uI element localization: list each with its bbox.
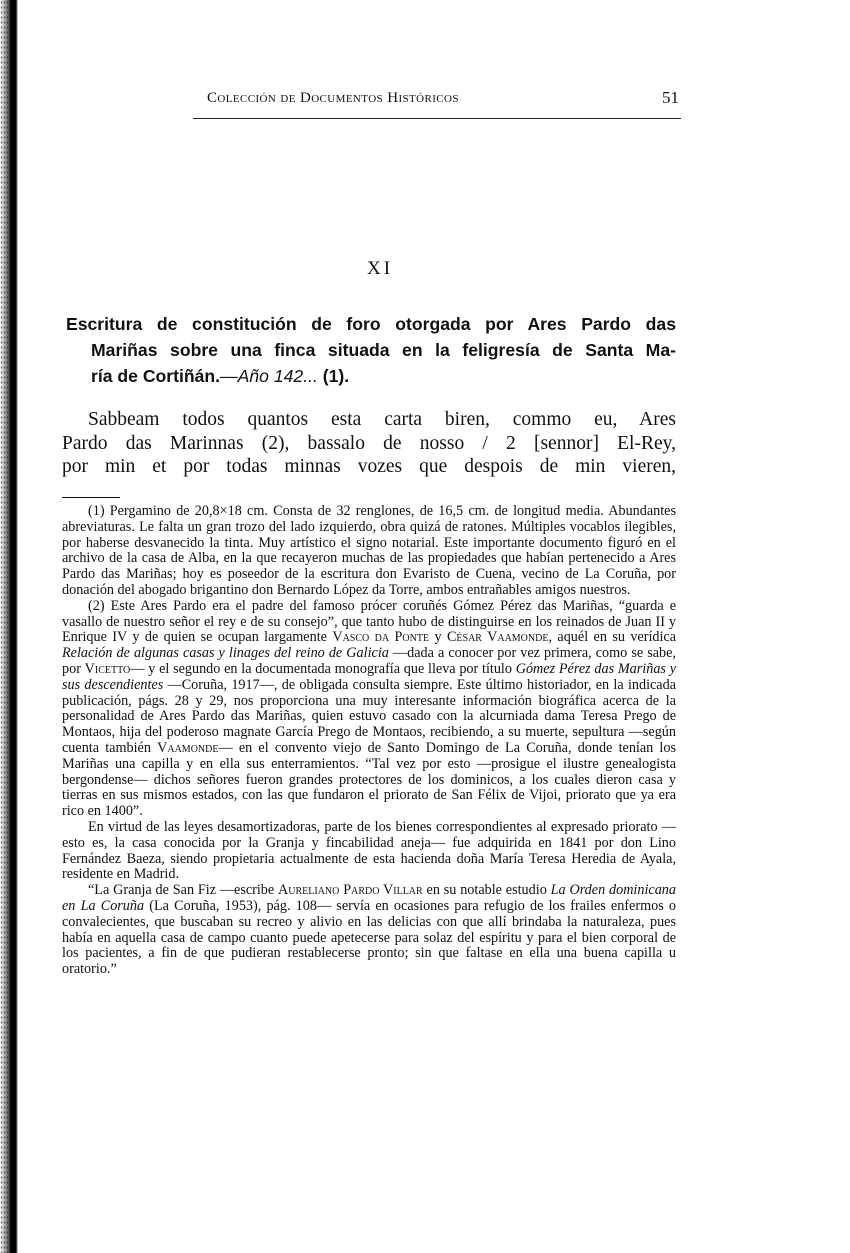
body-line: Pardo das Marinnas (2), bassalo de nosso… xyxy=(62,432,676,456)
document-title: Escritura de constitución de foro otorga… xyxy=(66,311,676,389)
footnote-text: “La Granja de San Fiz —escribe xyxy=(88,882,278,898)
author-name: César Vaamonde xyxy=(447,629,549,645)
footnote-text: en su notable estudio xyxy=(423,882,551,898)
author-name: Vasco da Ponte xyxy=(332,629,429,645)
footnotes: (1) Pergamino de 20,8×18 cm. Consta de 3… xyxy=(62,504,676,978)
title-line: ría de Cortiñán.—Año 142... (1). xyxy=(66,363,676,389)
page-header: Colección de Documentos Históricos 51 xyxy=(193,88,681,112)
author-name: Aureliano Pardo Villar xyxy=(278,882,423,898)
footnote-text: y xyxy=(429,629,447,645)
title-place: ría de Cortiñán. xyxy=(91,366,220,386)
work-title: Relación de algunas casas y linages del … xyxy=(62,645,389,661)
footnote-2-quote: “La Granja de San Fiz —escribe Aureliano… xyxy=(62,883,676,978)
footnote-text: (La Coruña, 1953), pág. 108— servía en o… xyxy=(62,898,676,977)
page-number: 51 xyxy=(662,88,679,108)
footnote-text: , aquél en su verídica xyxy=(548,629,676,645)
title-date: —Año 142... xyxy=(220,366,318,386)
body-line: Sabbeam todos quantos esta carta biren, … xyxy=(62,408,676,432)
body-line: por min et por todas minnas vozes que de… xyxy=(62,455,676,479)
page-binding-speckle xyxy=(0,0,12,1253)
header-rule xyxy=(193,118,681,119)
document-body: Sabbeam todos quantos esta carta biren, … xyxy=(62,408,676,479)
title-line: Mariñas sobre una finca situada en la fe… xyxy=(66,337,676,363)
author-name: Vicetto xyxy=(85,661,131,677)
section-number: XI xyxy=(0,258,760,280)
footnote-1: (1) Pergamino de 20,8×18 cm. Consta de 3… xyxy=(62,504,676,599)
author-name: Vaamonde xyxy=(157,740,218,756)
footnote-rule xyxy=(62,497,120,498)
title-line: Escritura de constitución de foro otorga… xyxy=(66,311,676,337)
running-head: Colección de Documentos Históricos xyxy=(207,90,459,107)
footnote-2-paragraph: En virtud de las leyes desamortizadoras,… xyxy=(62,820,676,883)
title-footnote-ref: (1). xyxy=(323,366,349,386)
footnote-2: (2) Este Ares Pardo era el padre del fam… xyxy=(62,599,676,820)
footnote-text: — y el segundo en la documentada monogra… xyxy=(130,661,515,677)
